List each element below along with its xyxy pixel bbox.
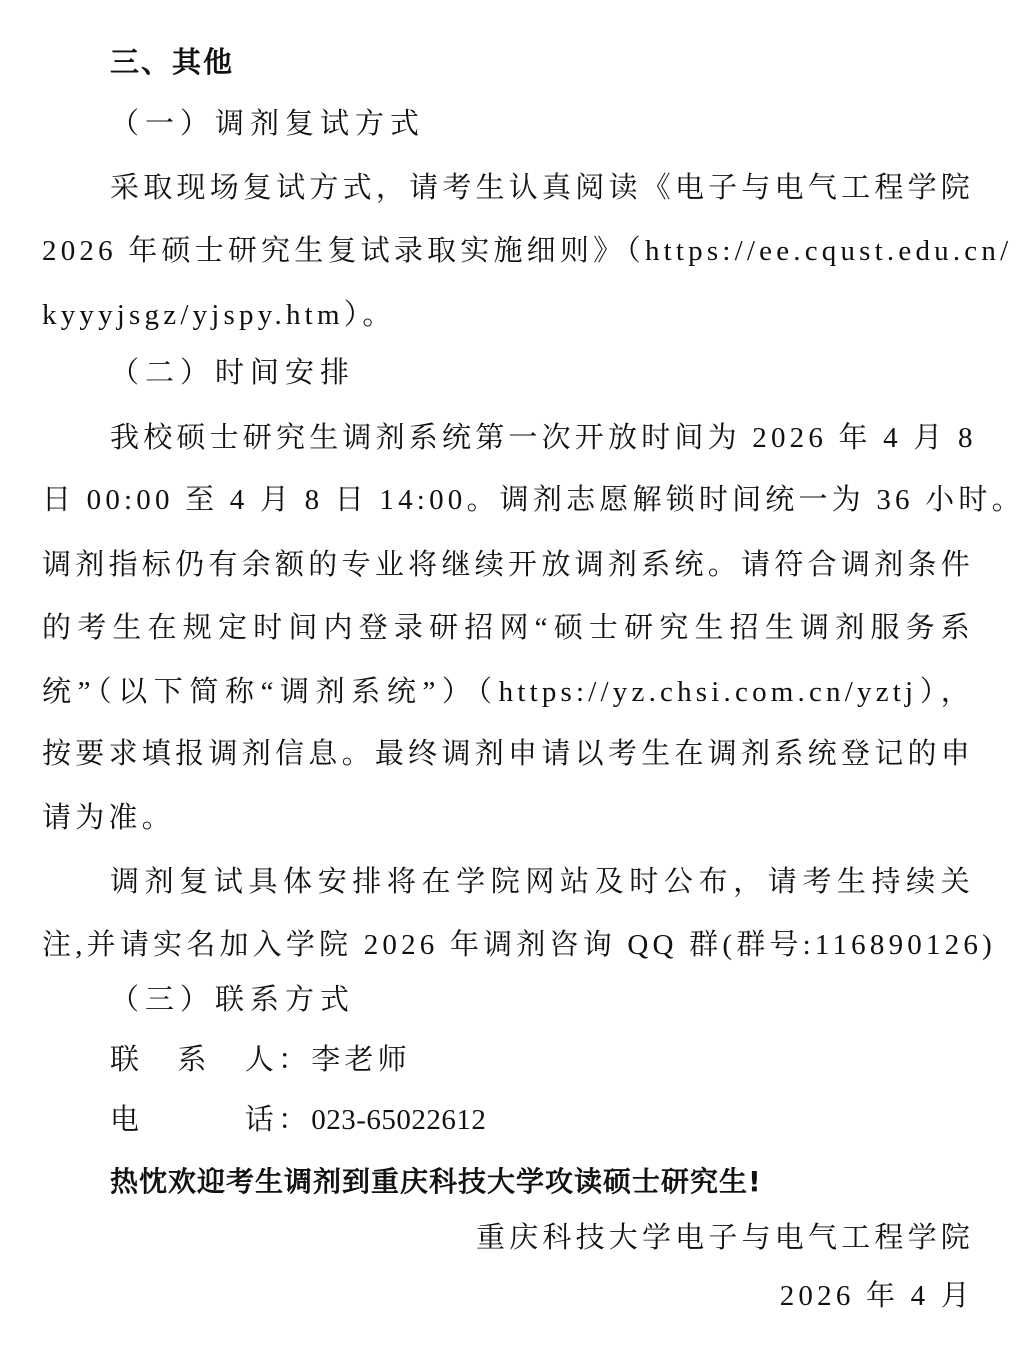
phone-row: 电 话 ：023-65022612 (110, 1100, 974, 1140)
paragraph-line-qq: 注,并请实名加入学院 2026 年调剂咨询 QQ 群(群号:116890126) (42, 925, 974, 965)
document-page: 三、其他 （一）调剂复试方式 采取现场复试方式，请考生认真阅读《电子与电气工程学… (0, 0, 1024, 1372)
paragraph-line: 的考生在规定时间内登录研招网“硕士研究生招生调剂服务系 (42, 608, 974, 648)
paragraph-line: 请为准。 (42, 798, 974, 838)
paragraph-line: 2026 年硕士研究生复试录取实施细则》（https://ee.cqust.ed… (42, 231, 974, 271)
paragraph-line-link: kyyyjsgz/yjspy.htm）。 (42, 295, 974, 335)
phone-value: 023-65022612 (311, 1104, 486, 1136)
contact-person-label: 联 系 人 (110, 1040, 278, 1080)
paragraph-line-link: 统”（以下简称“调剂系统”）（https://yz.chsi.com.cn/yz… (42, 672, 974, 712)
paragraph-line: 按要求填报调剂信息。最终调剂申请以考生在调剂系统登记的申 (42, 734, 974, 774)
contact-person-sep: ： (278, 1044, 311, 1076)
paragraph-line: 采取现场复试方式，请考生认真阅读《电子与电气工程学院 (110, 168, 974, 208)
paragraph-line: 我校硕士研究生调剂系统第一次开放时间为 2026 年 4 月 8 (110, 418, 974, 458)
subsection-heading-2: （二）时间安排 (110, 353, 974, 393)
paragraph-line: 调剂复试具体安排将在学院网站及时公布，请考生持续关 (110, 862, 974, 902)
paragraph-line: 日 00:00 至 4 月 8 日 14:00。调剂志愿解锁时间统一为 36 小… (42, 480, 974, 520)
phone-sep: ： (278, 1104, 311, 1136)
signature-organization: 重庆科技大学电子与电气工程学院 (476, 1218, 974, 1258)
paragraph-line: 调剂指标仍有余额的专业将继续开放调剂系统。请符合调剂条件 (42, 545, 974, 585)
phone-label: 电 话 (110, 1100, 278, 1140)
signature-date: 2026 年 4 月 (780, 1276, 974, 1316)
contact-person-value: 李老师 (311, 1044, 411, 1076)
welcome-message: 热忱欢迎考生调剂到重庆科技大学攻读硕士研究生! (110, 1162, 974, 1202)
contact-person-row: 联 系 人 ：李老师 (110, 1040, 974, 1080)
subsection-heading-3: （三）联系方式 (110, 980, 974, 1020)
subsection-heading-1: （一）调剂复试方式 (110, 104, 974, 144)
section-title: 三、其他 (110, 42, 974, 82)
